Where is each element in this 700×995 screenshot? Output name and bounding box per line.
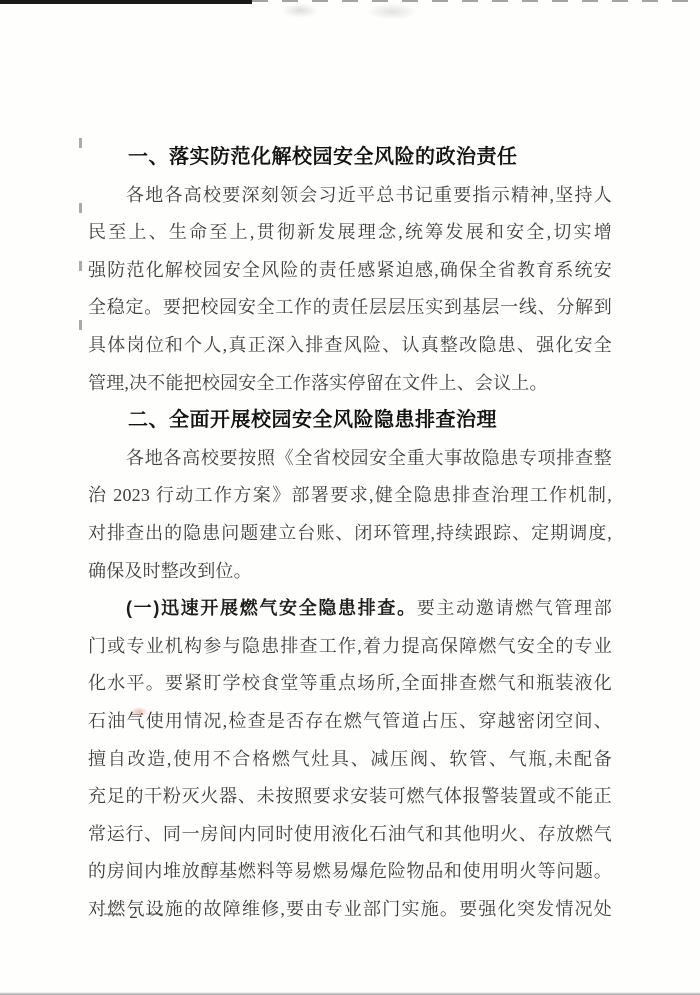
body-line: 具体岗位和个人,真正深入排查风险、认真整改隐患、强化安全: [88, 327, 612, 365]
scan-artifact-speck: [79, 203, 82, 213]
body-line: 擅自改造,使用不合格燃气灶具、减压阀、软管、气瓶,未配备: [88, 741, 612, 779]
scanned-document-page: 一、落实防范化解校园安全风险的政治责任 各地各高校要深刻领会习近平总书记重要指示…: [0, 0, 700, 995]
body-line: 充足的干粉灭火器、未按照要求安装可燃气体报警装置或不能正: [88, 778, 612, 816]
body-line-text: 要主动邀请燃气管理部: [417, 598, 612, 618]
body-line: 石油气使用情况,检查是否存在燃气管道占压、穿越密闭空间、: [88, 703, 612, 741]
body-line: 强防范化解校园安全风险的责任感紧迫感,确保全省教育系统安: [88, 252, 612, 290]
scan-artifact-speck: [79, 320, 82, 330]
body-line: 常运行、同一房间内同时使用液化石油气和其他明火、存放燃气: [88, 816, 612, 854]
page-number: — 2 —: [104, 903, 165, 923]
scan-artifact-top-edge-dashes: [252, 0, 700, 2]
body-line: 管理,决不能把校园安全工作落实停留在文件上、会议上。: [88, 365, 612, 403]
scan-artifact-smudge: [282, 3, 318, 18]
body-line: (一)迅速开展燃气安全隐患排查。要主动邀请燃气管理部: [88, 590, 612, 628]
document-body: 一、落实防范化解校园安全风险的政治责任 各地各高校要深刻领会习近平总书记重要指示…: [88, 139, 612, 928]
scan-artifact-smudge: [366, 3, 418, 20]
scan-artifact-speck: [79, 261, 82, 271]
section-2-heading: 二、全面开展校园安全风险隐患排查治理: [88, 402, 612, 440]
body-line: 确保及时整改到位。: [88, 553, 612, 591]
body-line: 对排查出的隐患问题建立台账、闭环管理,持续跟踪、定期调度,: [88, 515, 612, 553]
body-line: 各地各高校要深刻领会习近平总书记重要指示精神,坚持人: [88, 177, 612, 215]
body-line: 各地各高校要按照《全省校园安全重大事故隐患专项排查整: [88, 440, 612, 478]
body-line: 的房间内堆放醇基燃料等易燃易爆危险物品和使用明火等问题。: [88, 853, 612, 891]
scan-artifact-top-edge-dark: [0, 0, 252, 4]
numbered-item-lead: (一)迅速开展燃气安全隐患排查。: [126, 598, 417, 618]
body-line: 化水平。要紧盯学校食堂等重点场所,全面排查燃气和瓶装液化: [88, 665, 612, 703]
body-line: 治 2023 行动工作方案》部署要求,健全隐患排查治理工作机制,: [88, 477, 612, 515]
body-line: 门或专业机构参与隐患排查工作,着力提高保障燃气安全的专业: [88, 628, 612, 666]
scan-artifact-speck: [79, 138, 82, 148]
section-1-heading: 一、落实防范化解校园安全风险的政治责任: [88, 139, 612, 177]
body-line: 对燃气设施的故障维修,要由专业部门实施。要强化突发情况处: [88, 891, 612, 929]
body-line: 全稳定。要把校园安全工作的责任层层压实到基层一线、分解到: [88, 289, 612, 327]
body-line: 民至上、生命至上,贯彻新发展理念,统筹发展和安全,切实增: [88, 214, 612, 252]
